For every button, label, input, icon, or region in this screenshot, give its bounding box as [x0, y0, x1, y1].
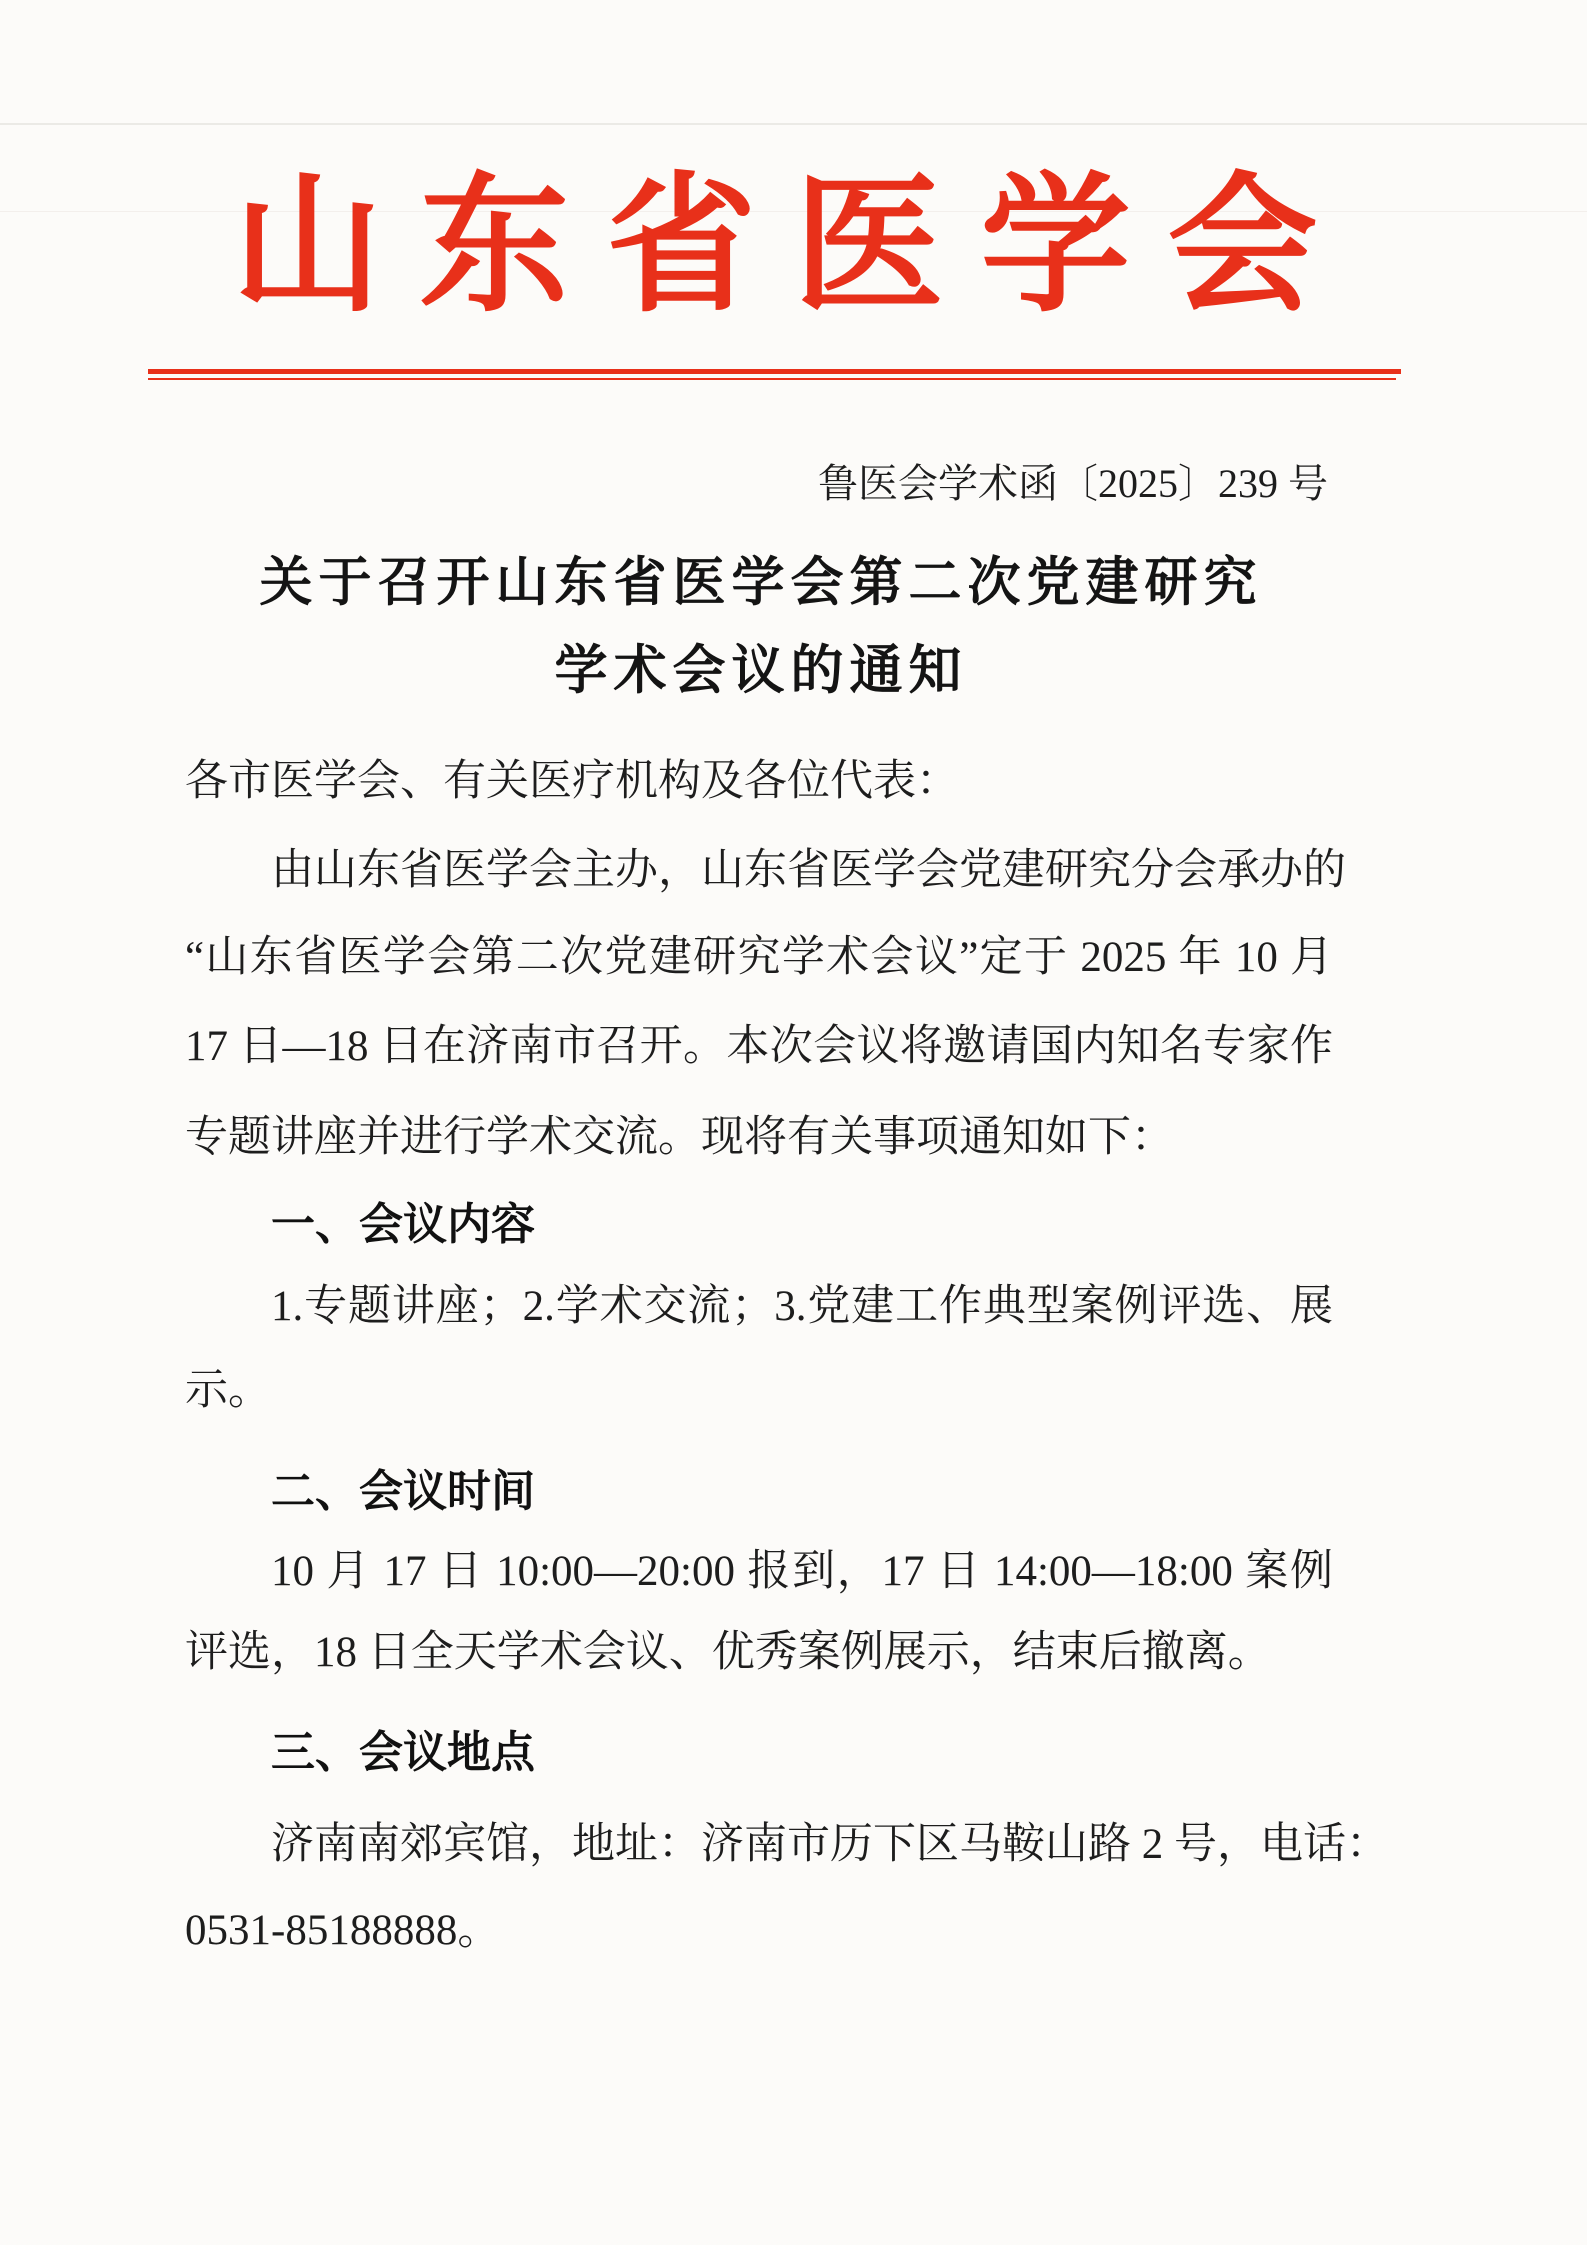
heading-meeting-content: 一、会议内容 [185, 1181, 1333, 1269]
time-line-2: 评选，18 日全天学术会议、优秀案例展示，结束后撤离。 [185, 1609, 1333, 1697]
intro-line-1: 由山东省医学会主办，山东省医学会党建研究分会承办的 [185, 827, 1333, 915]
notice-title-line1: 关于召开山东省医学会第二次党建研究 [185, 539, 1337, 627]
intro-line-4: 专题讲座并进行学术交流。现将有关事项通知如下： [185, 1094, 1333, 1182]
org-title: 山东省医学会 [0, 163, 1587, 331]
scan-artifact-line [0, 123, 1587, 125]
content-list-line-1: 1.专题讲座；2.学术交流；3.党建工作典型案例评选、展 [185, 1263, 1333, 1351]
salutation-line: 各市医学会、有关医疗机构及各位代表： [185, 738, 1333, 826]
red-separator-thick [148, 369, 1401, 374]
intro-line-2: “山东省医学会第二次党建研究学术会议”定于 2025 年 10 月 [185, 914, 1333, 1002]
content-list-line-2: 示。 [185, 1347, 1333, 1435]
intro-line-3: 17 日—18 日在济南市召开。本次会议将邀请国内知名专家作 [185, 1003, 1333, 1091]
notice-title-line2: 学术会议的通知 [185, 627, 1337, 715]
time-line-1: 10 月 17 日 10:00—20:00 报到，17 日 14:00—18:0… [185, 1528, 1333, 1616]
red-separator-thin [148, 378, 1396, 380]
phone-line: 0531-85188888。 [185, 1887, 1333, 1975]
document-page: 山东省医学会 鲁医会学术函〔2025〕239 号 关于召开山东省医学会第二次党建… [0, 0, 1587, 2245]
venue-line: 济南南郊宾馆，地址：济南市历下区马鞍山路 2 号，电话： [185, 1801, 1333, 1889]
notice-title: 关于召开山东省医学会第二次党建研究 学术会议的通知 [185, 539, 1337, 715]
heading-meeting-venue: 三、会议地点 [185, 1709, 1333, 1797]
heading-meeting-time: 二、会议时间 [185, 1448, 1333, 1536]
doc-number: 鲁医会学术函〔2025〕239 号 [185, 456, 1328, 512]
